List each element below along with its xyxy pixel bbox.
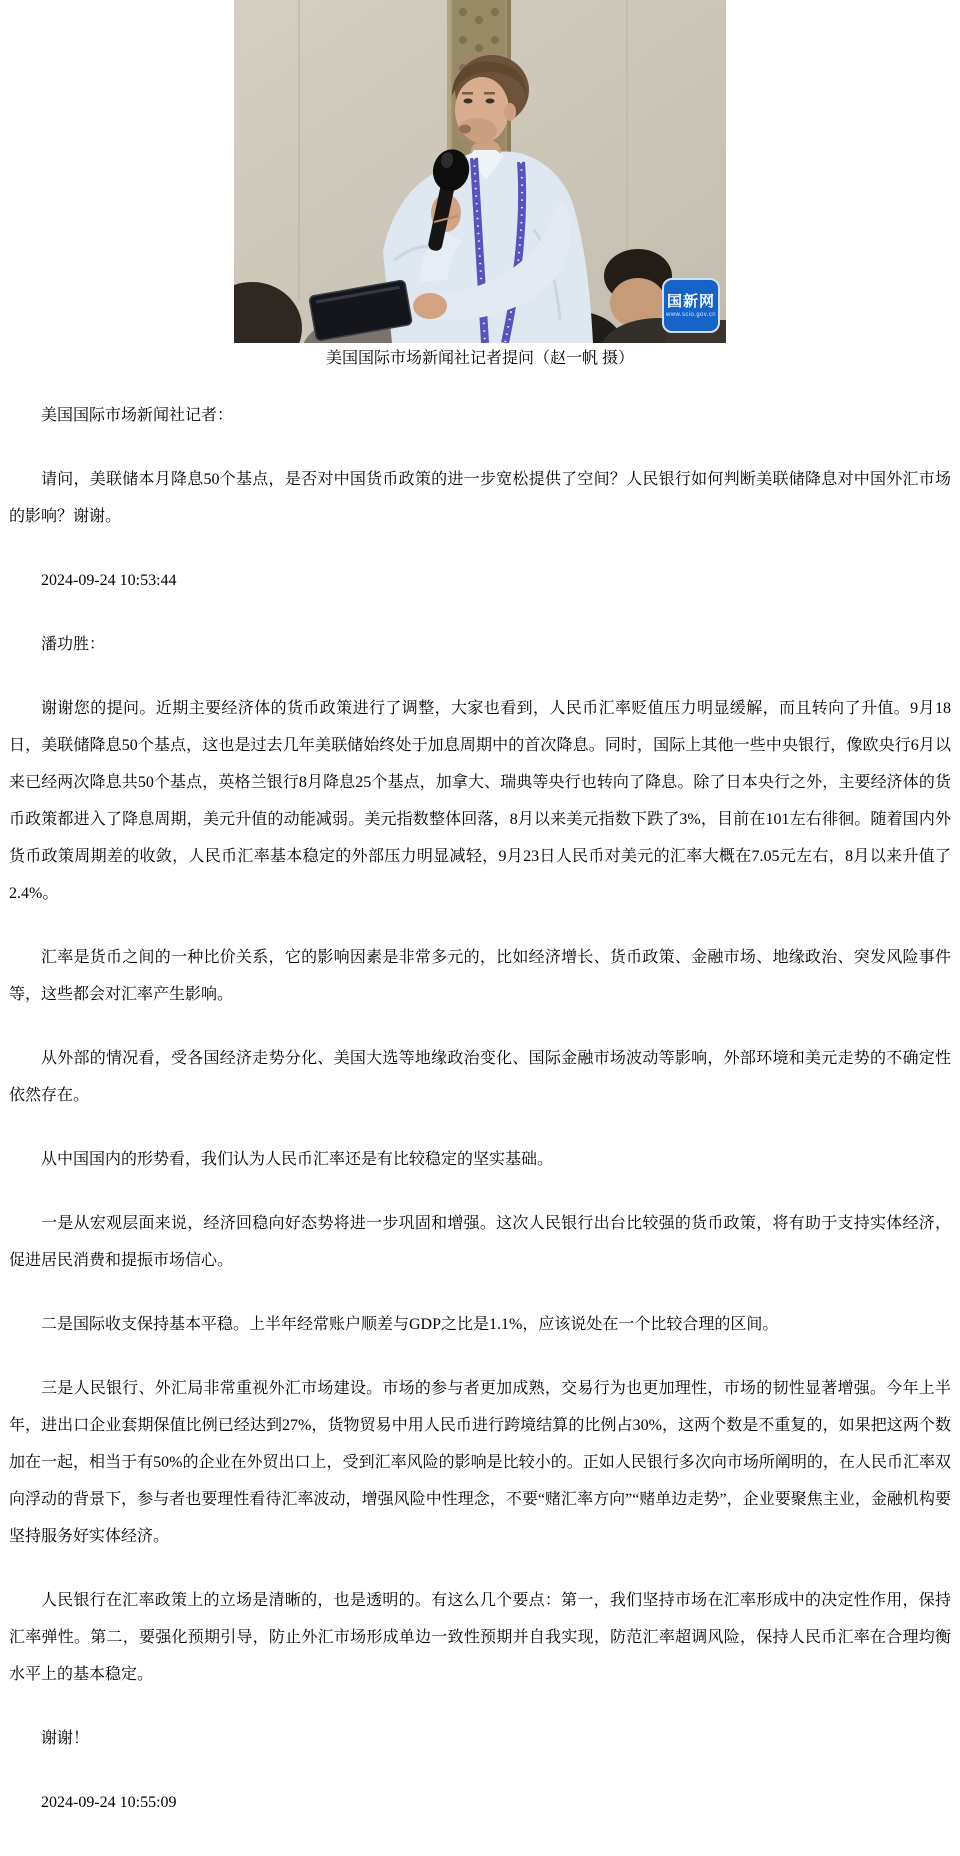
answer-timestamp: 2024-09-24 10:55:09 <box>9 1784 951 1821</box>
question-paragraph: 请问，美联储本月降息50个基点，是否对中国货币政策的进一步宽松提供了空间？人民银… <box>9 461 951 535</box>
answer-paragraph-5: 一是从宏观层面来说，经济回稳向好态势将进一步巩固和增强。这次人民银行出台比较强的… <box>9 1205 951 1279</box>
press-photo-block: 国新网 www.scio.gov.cn 美国国际市场新闻社记者提问（赵一帆 摄） <box>234 0 726 370</box>
scio-logo-badge: 国新网 www.scio.gov.cn <box>662 278 720 333</box>
answer-paragraph-4: 从中国国内的形势看，我们认为人民币汇率还是有比较稳定的坚实基础。 <box>9 1141 951 1178</box>
question-speaker-label: 美国国际市场新闻社记者： <box>9 397 951 434</box>
photo-caption: 美国国际市场新闻社记者提问（赵一帆 摄） <box>234 348 726 370</box>
scio-logo-url: www.scio.gov.cn <box>666 312 716 318</box>
scio-logo-title: 国新网 <box>667 293 715 310</box>
closing-thanks: 谢谢！ <box>9 1720 951 1757</box>
press-conference-transcript: 美国国际市场新闻社记者： 请问，美联储本月降息50个基点，是否对中国货币政策的进… <box>0 397 960 1821</box>
answer-paragraph-3: 从外部的情况看，受各国经济走势分化、美国大选等地缘政治变化、国际金融市场波动等影… <box>9 1040 951 1114</box>
answer-paragraph-6: 二是国际收支保持基本平稳。上半年经常账户顺差与GDP之比是1.1%，应该说处在一… <box>9 1306 951 1343</box>
answer-paragraph-2: 汇率是货币之间的一种比价关系，它的影响因素是非常多元的，比如经济增长、货币政策、… <box>9 939 951 1013</box>
answer-paragraph-7: 三是人民银行、外汇局非常重视外汇市场建设。市场的参与者更加成熟，交易行为也更加理… <box>9 1370 951 1555</box>
press-photo: 国新网 www.scio.gov.cn <box>234 0 726 343</box>
question-timestamp: 2024-09-24 10:53:44 <box>9 562 951 599</box>
answer-speaker-label: 潘功胜： <box>9 626 951 663</box>
press-photo-illustration <box>234 0 726 343</box>
answer-paragraph-1: 谢谢您的提问。近期主要经济体的货币政策进行了调整，大家也看到，人民币汇率贬值压力… <box>9 690 951 912</box>
answer-paragraph-8: 人民银行在汇率政策上的立场是清晰的，也是透明的。有这么几个要点：第一，我们坚持市… <box>9 1582 951 1693</box>
